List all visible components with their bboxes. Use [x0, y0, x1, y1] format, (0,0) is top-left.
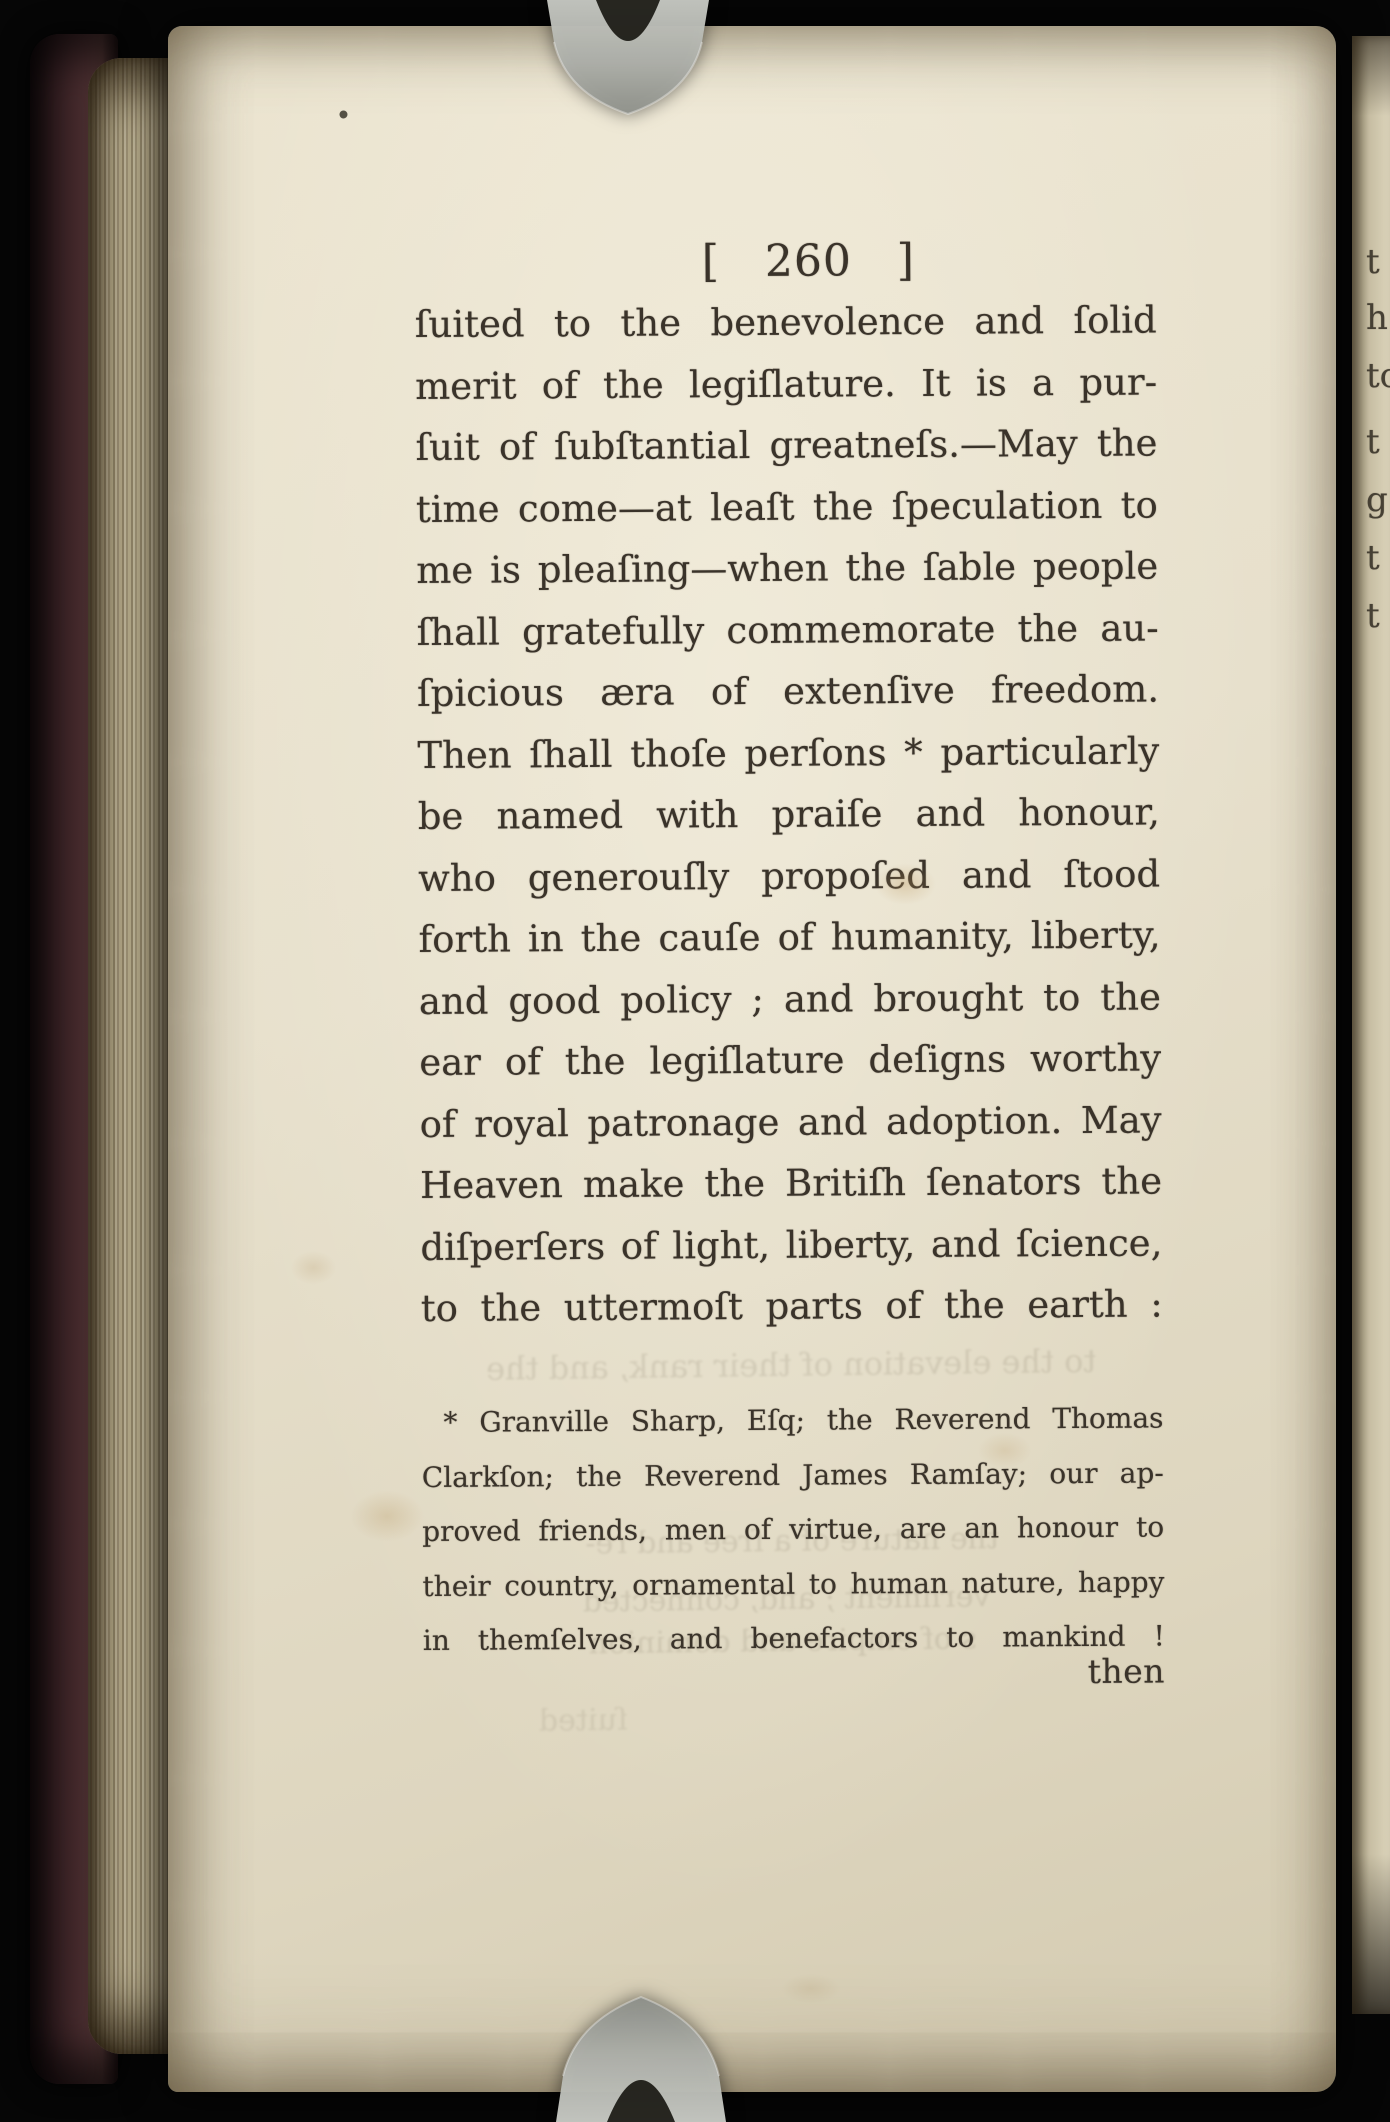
main-text-block: ſuited to the benevolence and ſolid meri… [415, 290, 1163, 1340]
edge-text-fragment: t [1366, 596, 1390, 636]
edge-text-fragment: t [1366, 538, 1390, 578]
main-text-line: time come—at leaſt the ſpeculation to [416, 474, 1158, 540]
footnote-line: Clarkſon; the Reverend James Ramſay; our… [422, 1446, 1164, 1505]
main-text-line: ſuited to the benevolence and ſolid [415, 290, 1157, 356]
page-content: [ 260 ] ſuited to the benevolence and ſo… [168, 26, 1336, 2092]
page-holder-clamp-bottom [550, 1988, 732, 2122]
ink-speck [339, 110, 347, 118]
page-number: [ 260 ] [438, 233, 1178, 290]
edge-text-fragment: h [1366, 298, 1390, 338]
edge-text-fragment: t [1366, 242, 1390, 282]
main-text-line: be named with praiſe and honour, [418, 782, 1160, 848]
main-text-line: me is pleaſing—when the ſable people [416, 536, 1158, 602]
main-text-line: of royal patronage and adoption. May [419, 1089, 1161, 1155]
main-text-line: and good policy ; and brought to the [419, 966, 1161, 1032]
main-text-line: ſuit of ſubſtantial greatneſs.—May the [415, 413, 1157, 479]
main-text-line: who generouſly propoſed and ſtood [418, 843, 1160, 909]
photo-stage: [ 260 ] ſuited to the benevolence and ſo… [0, 0, 1390, 2122]
edge-text-fragment: g [1366, 480, 1390, 520]
main-text-line: ear of the legiſlature deſigns worthy [419, 1028, 1161, 1094]
paper-stain [781, 1973, 841, 2003]
paper-stain [350, 1490, 424, 1542]
showthrough-text: ſuited [473, 1702, 693, 1740]
edge-text-fragment: t [1366, 422, 1390, 462]
paper-stain [290, 1251, 336, 1285]
footnote-line: proved friends, men of virtue, are an ho… [422, 1500, 1164, 1559]
facing-page-edge: t h to t g t t [1352, 36, 1390, 2014]
page-holder-clamp-top [543, 0, 713, 118]
showthrough-text: to the elevation of their rank, and the [421, 1341, 1161, 1389]
footnote-line: their country, ornamental to human natur… [422, 1555, 1164, 1614]
main-text-line: diſperſers of light, liberty, and ſcienc… [420, 1212, 1162, 1278]
main-text-line: forth in the cauſe of humanity, liberty, [418, 905, 1160, 971]
main-text-line: Heaven make the Britiſh ſenators the [420, 1151, 1162, 1217]
footnote-line: * Granville Sharp, Eſq; the Reverend Tho… [421, 1391, 1163, 1450]
catchword: then [423, 1651, 1165, 1695]
main-text-line: ſhall gratefully commemorate the au- [416, 597, 1158, 663]
book-page: [ 260 ] ſuited to the benevolence and ſo… [168, 26, 1336, 2092]
edge-text-fragment: to [1366, 356, 1390, 396]
main-text-line: to the uttermoſt parts of the earth : [421, 1273, 1163, 1339]
main-text-line: ſpicious æra of extenſive freedom. [417, 659, 1159, 725]
main-text-line: merit of the legiſlature. It is a pur- [415, 351, 1157, 417]
footnote-block: * Granville Sharp, Eſq; the Reverend Tho… [421, 1391, 1165, 1668]
main-text-line: Then ſhall thoſe perſons * particularly [417, 720, 1159, 786]
